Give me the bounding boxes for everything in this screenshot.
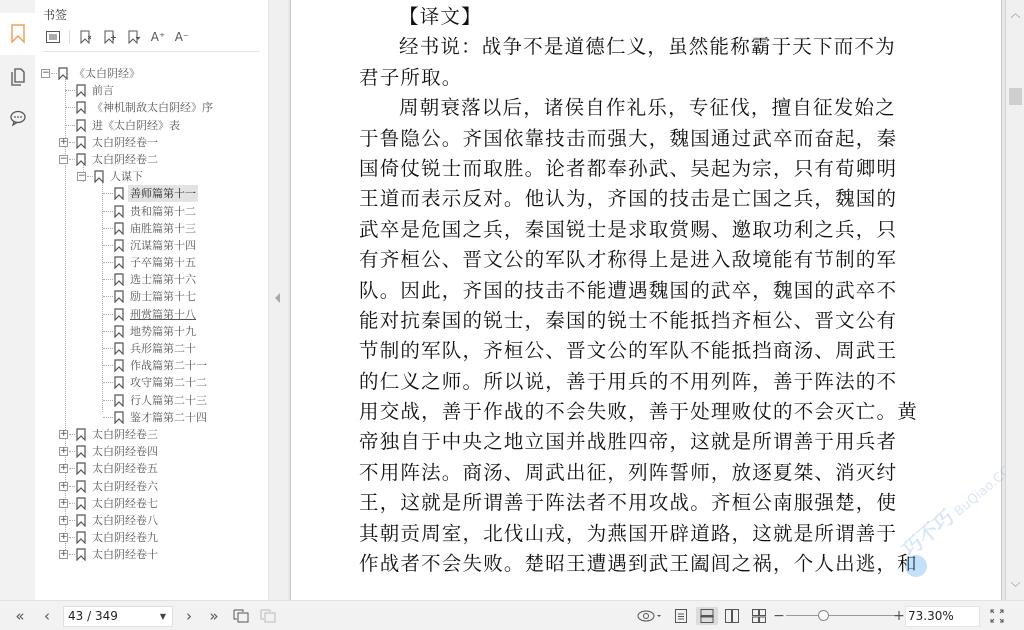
collapse-icon[interactable]: − bbox=[77, 172, 86, 181]
bookmark-tree-item[interactable]: 沉谋篇第十四 bbox=[35, 237, 268, 254]
text-line: 帝独自于中央之地立国并战胜四帝，这就是所谓善于用兵者 bbox=[359, 427, 943, 457]
next-page-button[interactable]: › bbox=[182, 607, 196, 625]
bookmark-label: 善师篇第十一 bbox=[128, 185, 198, 202]
next-view-button[interactable] bbox=[259, 607, 277, 625]
bookmark-label: 太白阴经卷九 bbox=[90, 529, 160, 546]
pdf-reader-window: 书签 A⁺ A⁻ bbox=[0, 0, 1024, 630]
continuous-page-icon bbox=[700, 609, 714, 623]
tree-dots bbox=[65, 90, 75, 91]
page-forward-icon bbox=[260, 609, 276, 623]
scroll-down-icon[interactable]: ﹀ bbox=[1010, 583, 1021, 594]
tree-dots bbox=[103, 331, 113, 332]
bookmark-label: 进《太白阴经》表 bbox=[90, 117, 182, 134]
bookmark-tree-item[interactable]: 贵和篇第十二 bbox=[35, 203, 268, 220]
bookmark-tree-item[interactable]: −《太白阴经》 bbox=[35, 65, 268, 82]
tree-dots bbox=[103, 262, 113, 263]
comments-icon bbox=[9, 109, 27, 127]
bookmark-label: 《太白阴经》 bbox=[72, 65, 142, 82]
tree-dots bbox=[69, 142, 75, 143]
bookmark-dropdown-icon bbox=[127, 30, 141, 44]
increase-font-button[interactable]: A⁺ bbox=[148, 27, 168, 47]
two-page-continuous-icon bbox=[752, 609, 766, 623]
decrease-font-button[interactable]: A⁻ bbox=[172, 27, 192, 47]
panel-divider bbox=[43, 51, 260, 52]
tree-dots bbox=[103, 296, 113, 297]
bookmark-label: 太白阴经卷二 bbox=[90, 151, 160, 168]
bookmark-options-button[interactable] bbox=[124, 27, 144, 47]
previous-view-button[interactable] bbox=[232, 607, 250, 625]
bookmark-label: 子卒篇第十五 bbox=[128, 254, 198, 271]
vertical-scrollbar[interactable]: ︿ ﹀ bbox=[1005, 0, 1024, 600]
double-chevron-left-icon: « bbox=[15, 607, 24, 625]
collapse-arrow-icon bbox=[275, 293, 280, 303]
tree-dots bbox=[69, 537, 75, 538]
panel-title: 书签 bbox=[43, 6, 67, 23]
text-line: 国倚仗锐士而取胜。论者都奉孙武、吴起为宗，只有荀卿明 bbox=[359, 154, 943, 184]
bookmark-icon bbox=[114, 205, 124, 218]
bookmark-icon bbox=[76, 428, 86, 441]
tree-dots bbox=[103, 382, 113, 383]
bookmark-tree-item[interactable]: +太白阴经卷三 bbox=[35, 426, 268, 443]
bookmark-tree-item[interactable]: 庙胜篇第十三 bbox=[35, 220, 268, 237]
bookmark-icon bbox=[76, 480, 86, 493]
bookmark-label: 太白阴经卷五 bbox=[90, 460, 160, 477]
bookmark-tree-item[interactable]: +太白阴经卷四 bbox=[35, 443, 268, 460]
bookmark-icon bbox=[114, 325, 124, 338]
bookmark-label: 鉴才篇第二十四 bbox=[128, 409, 209, 426]
decrease-font-icon: A⁻ bbox=[175, 30, 190, 44]
tree-dots bbox=[103, 314, 113, 315]
expand-icon[interactable]: + bbox=[59, 430, 68, 439]
page-content: 【译文】经书说：战争不是道德仁义，虽然能称霸于天下而不为君子所取。周朝衰落以后，… bbox=[359, 2, 943, 579]
bookmark-label: 人谋下 bbox=[108, 168, 145, 185]
continuous-view-button[interactable] bbox=[696, 607, 718, 625]
expand-icon[interactable]: + bbox=[59, 516, 68, 525]
bookmark-icon bbox=[76, 84, 86, 97]
add-bookmark-icon bbox=[103, 30, 117, 44]
text-line: 武卒是危国之兵，秦国锐士是求取赏赐、邀取功利之兵，只 bbox=[359, 215, 943, 245]
text-line: 有齐桓公、晋文公的军队才称得上是进入敌境能有节制的军 bbox=[359, 245, 943, 275]
bookmark-icon bbox=[114, 273, 124, 286]
two-page-continuous-button[interactable] bbox=[749, 607, 769, 625]
bookmark-icon bbox=[114, 359, 124, 372]
zoom-out-button[interactable]: − bbox=[773, 607, 785, 625]
bookmark-tree-item[interactable]: +太白阴经卷八 bbox=[35, 512, 268, 529]
bookmark-tree-item[interactable]: 励士篇第十七 bbox=[35, 288, 268, 305]
expand-icon[interactable]: + bbox=[59, 464, 68, 473]
tree-dots bbox=[103, 417, 113, 418]
text-line: 其朝贡周室，北伐山戎，为燕国开辟道路，这就是所谓善于 bbox=[359, 519, 943, 549]
bookmark-icon bbox=[76, 101, 86, 114]
document-viewport[interactable]: 【译文】经书说：战争不是道德仁义，虽然能称霸于天下而不为君子所取。周朝衰落以后，… bbox=[288, 0, 1005, 600]
bookmark-tree-item[interactable]: +太白阴经卷十 bbox=[35, 546, 268, 563]
eye-icon bbox=[637, 610, 663, 622]
bookmark-tree-item[interactable]: +太白阴经卷九 bbox=[35, 529, 268, 546]
tree-dots bbox=[69, 159, 75, 160]
tree-dots bbox=[65, 125, 75, 126]
tree-dots bbox=[103, 365, 113, 366]
bookmark-icon bbox=[114, 187, 124, 200]
tree-dots bbox=[51, 73, 57, 74]
bookmark-label: 太白阴经卷十 bbox=[90, 546, 160, 563]
bookmark-icon bbox=[114, 239, 124, 252]
add-bookmark-button[interactable] bbox=[100, 27, 120, 47]
bookmark-tree-item[interactable]: 前言 bbox=[35, 82, 268, 99]
bookmark-tree-item[interactable]: 攻守篇第二十二 bbox=[35, 374, 268, 391]
bookmark-list-icon bbox=[46, 31, 60, 43]
expand-icon[interactable]: + bbox=[59, 550, 68, 559]
bookmark-tree-item[interactable]: 善师篇第十一 bbox=[35, 185, 268, 202]
bookmark-list-button[interactable] bbox=[43, 27, 63, 47]
bookmark-tree-item[interactable]: 刑赏篇第十八 bbox=[35, 306, 268, 323]
bookmark-tree-item[interactable]: −太白阴经卷二 bbox=[35, 151, 268, 168]
tree-dots bbox=[69, 554, 75, 555]
single-page-icon bbox=[675, 609, 687, 623]
bookmark-icon bbox=[114, 308, 124, 321]
chevron-left-icon: ‹ bbox=[44, 607, 50, 625]
bookmark-icon bbox=[76, 497, 86, 510]
bookmark-label: 攻守篇第二十二 bbox=[128, 374, 209, 391]
bookmark-label: 行人篇第二十三 bbox=[128, 392, 209, 409]
bookmark-label: 兵形篇第二十 bbox=[128, 340, 198, 357]
last-page-button[interactable]: » bbox=[206, 607, 222, 625]
bookmark-tree: −《太白阴经》前言《神机制敌太白阴经》序进《太白阴经》表+太白阴经卷一−太白阴经… bbox=[35, 65, 268, 563]
tree-dots bbox=[103, 245, 113, 246]
fullscreen-button[interactable] bbox=[988, 607, 1006, 625]
zoom-level-input[interactable]: 73.30% bbox=[905, 606, 980, 627]
zoom-slider-knob[interactable] bbox=[818, 610, 829, 621]
bookmark-tree-item[interactable]: +太白阴经卷五 bbox=[35, 460, 268, 477]
expand-icon[interactable]: + bbox=[59, 482, 68, 491]
collapse-icon[interactable]: − bbox=[59, 155, 68, 164]
bookmark-icon bbox=[76, 531, 86, 544]
first-page-button[interactable]: « bbox=[12, 607, 28, 625]
bookmark-label: 太白阴经卷八 bbox=[90, 512, 160, 529]
bookmark-tree-item[interactable]: 地势篇第十九 bbox=[35, 323, 268, 340]
previous-page-button[interactable]: ‹ bbox=[40, 607, 54, 625]
fullscreen-icon bbox=[990, 609, 1004, 623]
bookmark-icon bbox=[114, 256, 124, 269]
two-page-icon bbox=[725, 609, 739, 623]
rail-thumbnails-tab[interactable] bbox=[0, 56, 35, 98]
tree-dots bbox=[69, 503, 75, 504]
bookmark-icon bbox=[76, 548, 86, 561]
text-line: 于鲁隐公。齐国依靠技击而强大，魏国通过武卒而奋起，秦 bbox=[359, 124, 943, 154]
read-mode-button[interactable] bbox=[636, 607, 664, 625]
bookmark-tree-item[interactable]: 选士篇第十六 bbox=[35, 271, 268, 288]
bookmark-label: 《神机制敌太白阴经》序 bbox=[90, 99, 215, 116]
expand-icon[interactable]: + bbox=[59, 447, 68, 456]
tree-dots bbox=[103, 400, 113, 401]
text-line: 用交战，善于作战的不会失败，善于处理败仗的不会灭亡。黄 bbox=[359, 397, 943, 427]
bookmark-tree-item[interactable]: +太白阴经卷一 bbox=[35, 134, 268, 151]
text-line: 不用阵法。商汤、周武出征，列阵誓师，放逐夏桀、消灭纣 bbox=[359, 458, 943, 488]
tree-dots bbox=[69, 468, 75, 469]
bookmark-icon bbox=[76, 514, 86, 527]
text-line: 节制的军队，齐桓公、晋文公的军队不能抵挡商汤、周武王 bbox=[359, 336, 943, 366]
bookmark-label: 太白阴经卷一 bbox=[90, 134, 160, 151]
bookmark-icon bbox=[58, 67, 68, 80]
bookmark-label: 作战篇第二十一 bbox=[128, 357, 209, 374]
zoom-in-button[interactable]: + bbox=[893, 607, 905, 625]
bookmark-tree-item[interactable]: 行人篇第二十三 bbox=[35, 392, 268, 409]
text-line: 能对抗秦国的锐士，秦国的锐士不能抵挡齐桓公、晋文公有 bbox=[359, 306, 943, 336]
bookmark-label: 太白阴经卷四 bbox=[90, 443, 160, 460]
watermark-logo-icon bbox=[905, 555, 927, 577]
bookmark-label: 贵和篇第十二 bbox=[128, 203, 198, 220]
bookmark-toolbar: A⁺ A⁻ bbox=[43, 27, 196, 47]
bottom-toolbar: « ‹ 43 / 349 ▼ › » bbox=[0, 600, 1024, 630]
bookmark-icon bbox=[114, 342, 124, 355]
rail-comments-tab[interactable] bbox=[0, 97, 35, 139]
bookmark-label: 选士篇第十六 bbox=[128, 271, 198, 288]
tree-dots bbox=[87, 176, 93, 177]
bookmark-icon bbox=[76, 445, 86, 458]
tree-dots bbox=[103, 228, 113, 229]
delete-bookmark-icon bbox=[79, 30, 93, 44]
bookmark-tree-item[interactable]: 鉴才篇第二十四 bbox=[35, 409, 268, 426]
document-page: 【译文】经书说：战争不是道德仁义，虽然能称霸于天下而不为君子所取。周朝衰落以后，… bbox=[290, 0, 1002, 600]
delete-bookmark-button[interactable] bbox=[76, 27, 96, 47]
collapse-icon[interactable]: − bbox=[41, 69, 50, 78]
toolbar-separator bbox=[69, 30, 70, 44]
bookmark-tree-item[interactable]: 子卒篇第十五 bbox=[35, 254, 268, 271]
tree-dots bbox=[65, 107, 75, 108]
tree-dots bbox=[69, 486, 75, 487]
bookmark-tree-item[interactable]: +太白阴经卷七 bbox=[35, 495, 268, 512]
double-chevron-right-icon: » bbox=[209, 607, 218, 625]
bookmark-icon bbox=[76, 153, 86, 166]
tree-dots bbox=[69, 434, 75, 435]
bookmark-tree-item[interactable]: 《神机制敌太白阴经》序 bbox=[35, 99, 268, 116]
panel-collapse-handle[interactable] bbox=[268, 0, 288, 600]
scrollbar-thumb[interactable] bbox=[1009, 88, 1022, 105]
bookmark-label: 太白阴经卷三 bbox=[90, 426, 160, 443]
bookmark-tree-item[interactable]: +太白阴经卷六 bbox=[35, 478, 268, 495]
text-line: 君子所取。 bbox=[359, 63, 943, 93]
tree-dots bbox=[69, 451, 75, 452]
bookmark-icon bbox=[114, 222, 124, 235]
two-page-view-button[interactable] bbox=[722, 607, 742, 625]
bookmark-icon bbox=[114, 290, 124, 303]
page-back-icon bbox=[233, 609, 249, 623]
text-line: 队。因此，齐国的技击不能遭遇魏国的武卒，魏国的武卒不 bbox=[359, 276, 943, 306]
text-line: 周朝衰落以后，诸侯自作礼乐，专征伐，擅自征发始之 bbox=[359, 93, 943, 123]
text-line: 【译文】 bbox=[359, 2, 943, 32]
tree-dots bbox=[103, 193, 113, 194]
rail-bookmarks-tab[interactable] bbox=[0, 13, 35, 55]
bookmark-icon bbox=[114, 394, 124, 407]
text-line: 经书说：战争不是道德仁义，虽然能称霸于天下而不为 bbox=[359, 32, 943, 62]
bookmark-label: 太白阴经卷七 bbox=[90, 495, 160, 512]
bookmark-tree-item[interactable]: 进《太白阴经》表 bbox=[35, 117, 268, 134]
plus-icon: + bbox=[893, 608, 905, 624]
scroll-up-icon[interactable]: ︿ bbox=[1010, 9, 1021, 20]
bookmark-icon bbox=[76, 119, 86, 132]
text-line: 作战者不会失败。楚昭王遭遇到武王阖闾之祸，个人出逃，和 bbox=[359, 549, 943, 579]
tree-dots bbox=[103, 348, 113, 349]
bookmark-label: 励士篇第十七 bbox=[128, 288, 198, 305]
bookmark-icon bbox=[114, 376, 124, 389]
bookmark-tree-item[interactable]: −人谋下 bbox=[35, 168, 268, 185]
expand-icon[interactable]: + bbox=[59, 138, 68, 147]
bookmark-label: 地势篇第十九 bbox=[128, 323, 198, 340]
sidebar-rail bbox=[0, 0, 35, 600]
bookmark-icon bbox=[94, 170, 104, 183]
text-line: 王，这就是所谓善于阵法者不用攻战。齐桓公南服强楚，使 bbox=[359, 488, 943, 518]
page-dropdown-icon[interactable]: ▼ bbox=[160, 607, 166, 626]
tree-dots bbox=[103, 211, 113, 212]
zoom-slider-track[interactable] bbox=[786, 615, 896, 616]
tree-dots bbox=[103, 279, 113, 280]
bookmark-icon bbox=[10, 24, 26, 44]
bookmark-panel: 书签 A⁺ A⁻ bbox=[35, 0, 268, 600]
expand-icon[interactable]: + bbox=[59, 499, 68, 508]
thumbnails-icon bbox=[10, 67, 26, 87]
bookmark-tree-item[interactable]: 作战篇第二十一 bbox=[35, 357, 268, 374]
bookmark-label: 沉谋篇第十四 bbox=[128, 237, 198, 254]
page-number-input[interactable]: 43 / 349 ▼ bbox=[63, 606, 173, 627]
single-page-view-button[interactable] bbox=[671, 607, 691, 625]
expand-icon[interactable]: + bbox=[59, 533, 68, 542]
bookmark-tree-item[interactable]: 兵形篇第二十 bbox=[35, 340, 268, 357]
chevron-right-icon: › bbox=[186, 607, 192, 625]
bookmark-icon bbox=[114, 411, 124, 424]
increase-font-icon: A⁺ bbox=[151, 30, 166, 44]
bookmark-label: 太白阴经卷六 bbox=[90, 478, 160, 495]
bookmark-label: 前言 bbox=[90, 82, 116, 99]
bookmark-icon bbox=[76, 136, 86, 149]
text-line: 王道而表示反对。他认为，齐国的技击是亡国之兵，魏国的 bbox=[359, 184, 943, 214]
text-line: 的仁义之师。所以说，善于用兵的不用列阵，善于阵法的不 bbox=[359, 367, 943, 397]
bookmark-label: 刑赏篇第十八 bbox=[128, 306, 198, 323]
minus-icon: − bbox=[773, 608, 785, 624]
bookmark-icon bbox=[76, 462, 86, 475]
tree-dots bbox=[69, 520, 75, 521]
bookmark-label: 庙胜篇第十三 bbox=[128, 220, 198, 237]
